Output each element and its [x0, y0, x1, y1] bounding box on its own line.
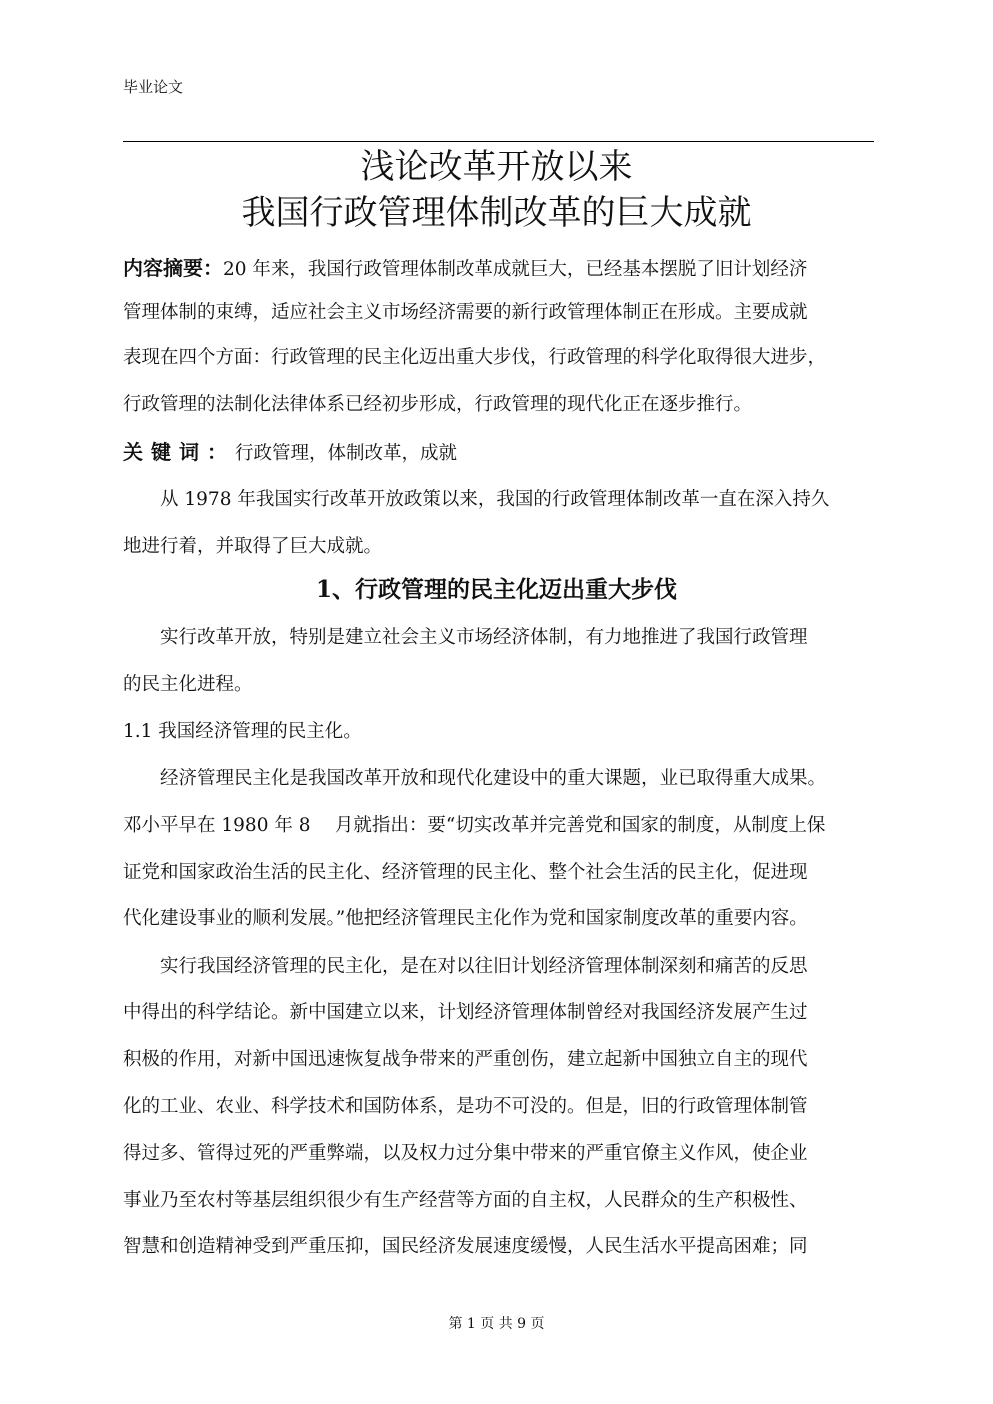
paragraph-line: 中得出的科学结论。新中国建立以来，计划经济管理体制曾经对我国经济发展产生过 — [123, 1001, 808, 1025]
paragraph-line: 积极的作用，对新中国迅速恢复战争带来的严重创伤，建立起新中国独立自主的现代 — [123, 1048, 808, 1072]
intro-line: 从 1978 年我国实行改革开放政策以来，我国的行政管理体制改革一直在深入持久 — [160, 488, 829, 512]
section-heading: 1、行政管理的民主化迈出重大步伐 — [0, 575, 993, 605]
paragraph-line: 智慧和创造精神受到严重压抑，国民经济发展速度缓慢，人民生活水平提高困难；同 — [123, 1235, 808, 1259]
page-indicator: 第 1 页 共 9 页 — [0, 1313, 993, 1333]
title-line-2: 我国行政管理体制改革的巨大成就 — [0, 193, 993, 233]
abstract-line: 表现在四个方面：行政管理的民主化迈出重大步伐，行政管理的科学化取得很大进步， — [123, 346, 826, 370]
paragraph-line: 实行改革开放，特别是建立社会主义市场经济体制，有力地推进了我国行政管理 — [160, 626, 808, 650]
paragraph-line: 邓小平早在 1980 年 8 月就指出：要“切实改革并完善党和国家的制度，从制度… — [123, 814, 825, 838]
running-header: 毕业论文 — [123, 76, 183, 97]
abstract-line: 内容摘要：20 年来，我国行政管理体制改革成就巨大，已经基本摆脱了旧计划经济 — [123, 256, 807, 282]
title-line-1: 浅论改革开放以来 — [0, 147, 993, 187]
paragraph-line: 实行我国经济管理的民主化，是在对以往旧计划经济管理体制深刻和痛苦的反思 — [160, 955, 808, 979]
paragraph-line: 的民主化进程。 — [123, 673, 253, 697]
abstract-label: 内容摘要： — [123, 256, 223, 280]
keywords-line: 关键词：行政管理，体制改革，成就 — [123, 440, 457, 466]
keywords-value: 行政管理，体制改革，成就 — [235, 443, 457, 464]
paragraph-line: 证党和国家政治生活的民主化、经济管理的民主化、整个社会生活的民主化，促进现 — [123, 861, 808, 885]
paragraph-line: 经济管理民主化是我国改革开放和现代化建设中的重大课题，业已取得重大成果。 — [160, 767, 826, 791]
keywords-label: 关键词： — [123, 440, 235, 464]
header-divider — [123, 141, 874, 142]
intro-line: 地进行着，并取得了巨大成就。 — [123, 535, 382, 559]
abstract-line: 管理体制的束缚，适应社会主义市场经济需要的新行政管理体制正在形成。主要成就 — [123, 301, 808, 325]
paragraph-line: 事业乃至农村等基层组织很少有生产经营等方面的自主权，人民群众的生产积极性、 — [123, 1189, 808, 1213]
subheading: 1.1 我国经济管理的民主化。 — [123, 720, 362, 744]
abstract-line: 行政管理的法制化法律体系已经初步形成，行政管理的现代化正在逐步推行。 — [123, 393, 752, 417]
paragraph-line: 化的工业、农业、科学技术和国防体系，是功不可没的。但是，旧的行政管理体制管 — [123, 1095, 808, 1119]
paragraph-line: 代化建设事业的顺利发展。”他把经济管理民主化作为党和国家制度改革的重要内容。 — [123, 907, 808, 931]
paragraph-line: 得过多、管得过死的严重弊端，以及权力过分集中带来的严重官僚主义作风，使企业 — [123, 1142, 808, 1166]
